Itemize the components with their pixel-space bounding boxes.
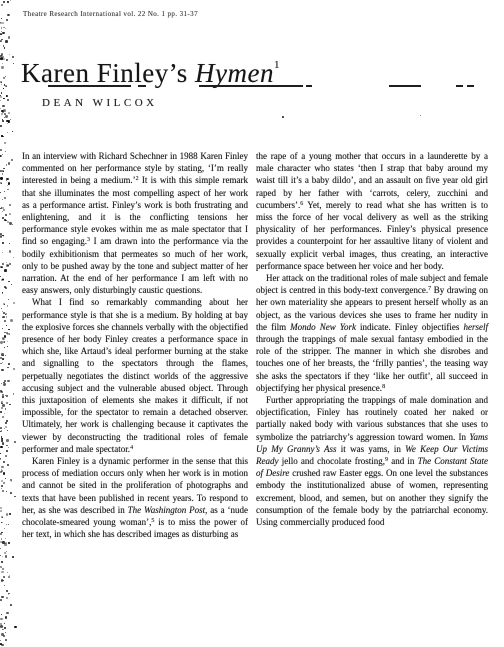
noise-speck (4, 335, 6, 337)
noise-speck (6, 513, 8, 515)
noise-speck (1, 488, 2, 489)
noise-speck (6, 264, 9, 267)
noise-speck (1, 571, 3, 573)
noise-speck (6, 120, 8, 122)
noise-speck (0, 471, 2, 473)
noise-speck (0, 643, 2, 645)
noise-speck (7, 333, 9, 335)
noise-speck (0, 507, 2, 509)
noise-speck (1, 135, 2, 136)
noise-speck (7, 132, 8, 133)
noise-speck (1, 4, 3, 6)
noise-speck (4, 623, 5, 624)
noise-speck (6, 95, 8, 97)
noise-speck (0, 357, 2, 359)
noise-speck (6, 262, 7, 263)
noise-speck (0, 446, 2, 448)
noise-speck (9, 250, 11, 252)
noise-speck (10, 319, 13, 322)
noise-speck (3, 383, 5, 385)
noise-speck (8, 120, 10, 122)
noise-speck (1, 155, 2, 156)
noise-speck (5, 115, 7, 117)
noise-speck (4, 428, 5, 429)
noise-speck (4, 47, 6, 49)
noise-speck (7, 221, 9, 223)
noise-speck (8, 14, 9, 15)
noise-speck (6, 180, 7, 181)
noise-speck (8, 576, 10, 578)
noise-speck (8, 524, 9, 525)
noise-speck (1, 84, 2, 85)
noise-speck (2, 568, 4, 570)
noise-speck (7, 380, 9, 382)
noise-speck (3, 109, 6, 112)
article-title-plain: Karen Finley’s (21, 58, 195, 88)
noise-speck (1, 308, 2, 309)
noise-speck (0, 341, 2, 343)
noise-speck (2, 362, 3, 363)
noise-speck (1, 485, 3, 487)
noise-speck (0, 33, 2, 35)
noise-speck (1, 82, 2, 83)
noise-speck (1, 110, 3, 112)
noise-speck (5, 220, 7, 222)
noise-speck (4, 585, 5, 586)
noise-speck (13, 257, 15, 259)
noise-speck (5, 632, 7, 634)
noise-speck (2, 278, 4, 280)
noise-speck (2, 316, 4, 318)
noise-speck (2, 217, 4, 219)
noise-speck (6, 524, 7, 525)
noise-speck (5, 408, 6, 409)
noise-speck (2, 416, 4, 418)
noise-speck (0, 618, 2, 620)
noise-speck (0, 453, 1, 454)
noise-speck (2, 490, 4, 492)
noise-speck (13, 393, 15, 395)
article-title-footnote-mark: 1 (274, 59, 280, 71)
noise-speck (1, 53, 3, 55)
noise-speck (2, 63, 3, 64)
paragraph: What I find so remarkably commanding abo… (22, 296, 248, 455)
noise-speck (2, 242, 4, 244)
noise-speck (1, 92, 2, 93)
noise-speck (6, 551, 8, 553)
article-body: In an interview with Richard Schechner i… (22, 150, 488, 541)
noise-speck (7, 123, 9, 125)
noise-speck (7, 367, 9, 369)
noise-speck (0, 599, 2, 601)
noise-speck (2, 317, 3, 318)
noise-speck (1, 561, 3, 563)
noise-speck (5, 616, 8, 619)
title-rule-segment (456, 85, 463, 87)
noise-speck (1, 267, 2, 268)
noise-speck (3, 338, 5, 340)
noise-speck (3, 1, 5, 3)
noise-speck (2, 235, 4, 237)
noise-speck (4, 380, 6, 382)
noise-speck (6, 95, 8, 97)
noise-speck (3, 45, 4, 46)
noise-speck (7, 1, 8, 2)
noise-speck (0, 427, 2, 429)
noise-speck (8, 594, 9, 595)
noise-speck (1, 440, 3, 442)
noise-speck (0, 22, 2, 24)
noise-speck (4, 413, 5, 414)
noise-speck (1, 644, 4, 647)
noise-speck (2, 56, 4, 58)
noise-speck (11, 481, 12, 482)
noise-speck (8, 162, 10, 164)
noise-speck (6, 612, 8, 614)
noise-speck (3, 316, 5, 318)
paragraph: Her attack on the traditional roles of m… (256, 272, 488, 394)
noise-speck (2, 440, 3, 441)
noise-speck (0, 392, 1, 393)
noise-speck (6, 332, 8, 334)
noise-speck (6, 590, 8, 592)
noise-speck (1, 438, 3, 440)
noise-speck (3, 580, 4, 581)
noise-speck (3, 472, 5, 474)
noise-speck (0, 40, 2, 42)
noise-speck (6, 439, 8, 441)
noise-speck (2, 629, 3, 630)
noise-speck (0, 57, 3, 60)
noise-speck (4, 320, 6, 322)
noise-speck (0, 55, 2, 57)
paragraph: Karen Finley is a dynamic performer in t… (22, 455, 248, 540)
noise-speck (5, 542, 7, 544)
noise-speck (3, 629, 5, 631)
noise-speck (3, 27, 4, 28)
noise-speck (12, 556, 14, 558)
noise-speck (7, 305, 8, 306)
noise-speck (4, 142, 6, 144)
noise-speck (2, 292, 3, 293)
noise-speck (3, 635, 4, 636)
noise-speck (6, 86, 7, 87)
noise-speck (12, 224, 13, 225)
noise-speck (0, 177, 2, 179)
paragraph: Further appropriating the trappings of m… (256, 394, 488, 528)
noise-speck (2, 58, 5, 61)
noise-speck (1, 183, 2, 184)
noise-speck (6, 445, 8, 447)
noise-speck (5, 287, 7, 289)
noise-speck (2, 105, 4, 107)
noise-speck (0, 235, 2, 237)
noise-speck (0, 149, 2, 151)
noise-speck (0, 155, 1, 156)
noise-speck (1, 579, 4, 582)
noise-speck (2, 279, 4, 281)
noise-speck (0, 548, 1, 549)
noise-speck (9, 204, 11, 206)
noise-speck (3, 482, 4, 483)
noise-speck (4, 219, 6, 221)
noise-speck (2, 199, 3, 200)
noise-speck (2, 311, 3, 312)
noise-speck (0, 95, 1, 96)
noise-speck (1, 113, 3, 115)
noise-speck (3, 77, 5, 79)
noise-speck (13, 368, 16, 371)
title-rule-segment (467, 85, 474, 87)
noise-speck (5, 313, 7, 315)
noise-speck (1, 27, 3, 29)
noise-speck (0, 266, 2, 268)
noise-speck (5, 76, 6, 77)
noise-speck (2, 394, 4, 396)
noise-speck (4, 113, 6, 115)
noise-speck (1, 383, 2, 384)
noise-speck (2, 170, 4, 172)
noise-speck (1, 469, 2, 470)
noise-speck (3, 209, 5, 211)
article-title-italic: Hymen (195, 58, 274, 88)
noise-speck (8, 329, 9, 330)
noise-speck (0, 96, 2, 98)
noise-speck (9, 333, 11, 335)
noise-speck (1, 353, 4, 356)
noise-speck (10, 119, 11, 120)
noise-speck (4, 286, 6, 288)
noise-speck (8, 363, 11, 366)
noise-speck (5, 455, 7, 457)
noise-speck (2, 355, 4, 357)
noise-speck (1, 407, 3, 409)
title-rule-segment (306, 85, 312, 87)
noise-speck (2, 263, 4, 265)
noise-speck (6, 59, 8, 61)
noise-speck (0, 170, 2, 172)
noise-speck (0, 453, 1, 454)
noise-speck (3, 171, 4, 172)
noise-speck (1, 402, 2, 403)
title-rule-segment (138, 85, 146, 87)
noise-speck (5, 151, 6, 152)
noise-speck (0, 34, 1, 35)
noise-speck (5, 314, 6, 315)
noise-speck (9, 404, 10, 405)
journal-citation-header: Theatre Research International vol. 22 N… (23, 10, 198, 18)
noise-speck (0, 640, 1, 641)
noise-speck (4, 347, 5, 348)
noise-speck (2, 358, 4, 360)
noise-speck (5, 555, 8, 558)
noise-speck (3, 236, 4, 237)
noise-speck (5, 355, 6, 356)
noise-speck (3, 303, 5, 305)
noise-speck (9, 329, 10, 330)
noise-speck (3, 341, 5, 343)
noise-speck (5, 395, 6, 396)
noise-speck (11, 159, 13, 161)
noise-speck (3, 461, 5, 463)
noise-speck (2, 404, 4, 406)
noise-speck (0, 22, 1, 23)
noise-speck (1, 207, 2, 208)
noise-speck (4, 543, 7, 546)
noise-speck (3, 444, 4, 445)
noise-speck (12, 131, 13, 132)
noise-speck (8, 36, 10, 38)
noise-speck (5, 28, 6, 29)
noise-speck (7, 430, 8, 431)
noise-speck (0, 208, 2, 210)
noise-speck (2, 556, 4, 558)
noise-speck (2, 252, 3, 253)
noise-speck (2, 32, 4, 34)
noise-speck (10, 492, 12, 494)
noise-speck (13, 302, 15, 304)
noise-speck (6, 420, 8, 422)
noise-speck (0, 541, 3, 544)
noise-speck (7, 346, 8, 347)
noise-speck (3, 88, 4, 89)
noise-speck (10, 0, 11, 1)
title-rule-segment (48, 85, 131, 87)
noise-speck (0, 510, 2, 512)
noise-speck (8, 122, 9, 123)
noise-speck (8, 447, 9, 448)
noise-speck (8, 281, 10, 283)
noise-speck (7, 185, 8, 186)
noise-speck (1, 470, 3, 472)
noise-speck (3, 98, 4, 99)
noise-speck (6, 316, 8, 318)
noise-speck (6, 402, 7, 403)
noise-speck (2, 211, 3, 212)
noise-speck (2, 438, 3, 439)
noise-speck (3, 168, 4, 169)
noise-speck (4, 110, 5, 111)
noise-speck (7, 341, 8, 342)
noise-speck (1, 516, 3, 518)
noise-speck (0, 192, 1, 193)
noise-speck (7, 99, 9, 101)
noise-speck (14, 496, 15, 497)
paragraph: the rape of a young mother that occurs i… (256, 150, 488, 272)
noise-speck (2, 154, 3, 155)
noise-speck (1, 633, 3, 635)
noise-speck (0, 411, 2, 413)
noise-speck (9, 54, 10, 55)
noise-speck (0, 458, 1, 459)
noise-speck (7, 178, 9, 180)
noise-speck (6, 325, 7, 326)
noise-speck (9, 575, 10, 576)
noise-speck (5, 639, 7, 641)
noise-speck (1, 391, 3, 393)
noise-speck (12, 56, 14, 58)
noise-speck (1, 614, 2, 615)
noise-speck (5, 426, 7, 428)
noise-speck (2, 442, 4, 444)
noise-speck (4, 382, 5, 383)
noise-speck (2, 136, 3, 137)
noise-speck (3, 88, 5, 90)
noise-speck (0, 182, 2, 184)
noise-speck (0, 233, 2, 235)
noise-speck (0, 41, 1, 42)
noise-speck (10, 604, 12, 606)
noise-speck (7, 464, 9, 466)
noise-speck (0, 644, 1, 645)
noise-speck (2, 292, 3, 293)
noise-speck (1, 401, 3, 403)
noise-speck (4, 552, 6, 554)
noise-speck (3, 576, 5, 578)
noise-speck (0, 390, 2, 392)
noise-speck (1, 538, 3, 540)
noise-speck (1, 436, 2, 437)
noise-speck (5, 214, 7, 216)
noise-speck (4, 528, 5, 529)
noise-speck (6, 178, 8, 180)
noise-speck (1, 66, 3, 68)
noise-speck (2, 119, 3, 120)
noise-speck (4, 117, 5, 118)
noise-speck (0, 566, 2, 568)
noise-speck (1, 430, 2, 431)
noise-speck (8, 299, 9, 300)
noise-speck (1, 39, 3, 41)
noise-speck (5, 538, 6, 539)
noise-speck (1, 31, 2, 32)
noise-speck (0, 459, 1, 460)
noise-speck (6, 597, 8, 599)
noise-speck (0, 276, 1, 277)
noise-speck (282, 116, 284, 118)
noise-speck (6, 19, 8, 21)
noise-speck (8, 112, 10, 114)
noise-speck (0, 431, 1, 432)
title-rule-segment (199, 85, 303, 87)
noise-speck (13, 63, 15, 65)
noise-speck (9, 263, 11, 265)
noise-speck (11, 284, 12, 285)
noise-speck (14, 626, 16, 628)
noise-speck (0, 125, 2, 127)
noise-speck (3, 312, 5, 314)
noise-speck (1, 522, 2, 523)
noise-speck (0, 236, 2, 238)
noise-speck (4, 341, 6, 343)
noise-speck (4, 332, 6, 334)
noise-speck (0, 100, 1, 101)
noise-speck (1, 18, 2, 19)
noise-speck (2, 110, 4, 112)
noise-speck (2, 111, 4, 113)
noise-speck (6, 491, 7, 492)
noise-speck (8, 182, 10, 184)
paragraph: In an interview with Richard Schechner i… (22, 150, 248, 296)
noise-speck (8, 542, 10, 544)
noise-speck (0, 363, 1, 364)
noise-speck (2, 517, 3, 518)
noise-speck (420, 115, 421, 116)
article-column-left: In an interview with Richard Schechner i… (22, 150, 248, 541)
noise-speck (1, 522, 3, 524)
noise-speck (14, 441, 16, 443)
scanned-paper-page: Theatre Research International vol. 22 N… (0, 0, 504, 647)
